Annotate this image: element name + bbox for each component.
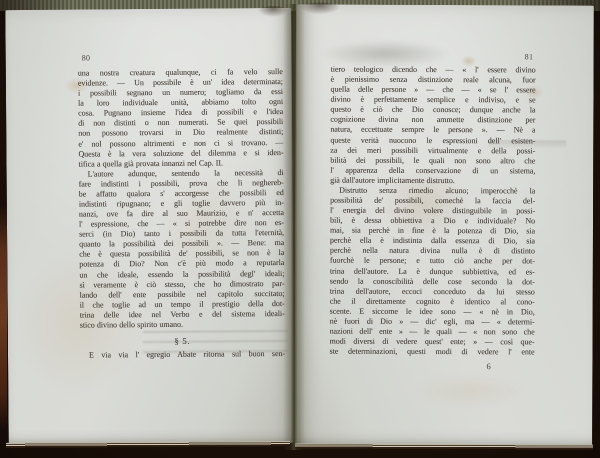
- page-number-right: 81: [525, 52, 534, 61]
- text-line: E via via l' egregio Abate ritorna sul b…: [80, 348, 285, 360]
- text-line: queste verità nuocono le espressioni del…: [330, 135, 535, 146]
- text-line: stico divino dello spirito umano.: [80, 319, 285, 331]
- text-line: l' apparenza della conservazione di un s…: [330, 165, 535, 176]
- text-line: natura, eccettuate sempre le persone ». …: [330, 125, 535, 136]
- text-line: ste determinazioni, questi modi di veder…: [329, 347, 534, 358]
- text-line: che il direttamente cognito è identico a…: [330, 296, 535, 307]
- stacked-page-edges-right: [295, 443, 593, 453]
- left-page-closing: E via via l' egregio Abate ritorna sul b…: [80, 348, 285, 360]
- open-book-photo: 80 una nostra creatura qualunque, ci fa …: [0, 0, 600, 458]
- text-line: trina dell'autore, eccoci conceduto da l…: [330, 286, 535, 297]
- book-cover-edge: [0, 205, 7, 430]
- paper-stain: [257, 6, 289, 17]
- right-page: 81 tiero teologico dicendo che — « l' es…: [294, 4, 594, 446]
- text-line: za dei meri possibili virtualmente e del…: [330, 145, 535, 156]
- section-heading: § 5.: [80, 334, 285, 346]
- right-page-body: tiero teologico dicendo che — « l' esser…: [329, 65, 535, 358]
- paper-smudge: [321, 41, 451, 67]
- page-number-left: 80: [82, 53, 91, 62]
- text-line: Questa è la vera soluzione del dilemma e…: [78, 148, 283, 160]
- left-page: 80 una nostra creatura qualunque, ci fa …: [5, 8, 294, 445]
- left-page-body: una nostra creatura qualunque, ci fa vel…: [78, 67, 285, 331]
- paper-stain: [299, 2, 341, 14]
- signature-mark: 6: [329, 360, 534, 371]
- text-line: già dall'autore implicitamente distrutto…: [330, 175, 535, 186]
- text-line: fuorchè le persone; e tutto ciò anche pe…: [330, 256, 535, 267]
- stacked-page-edges-left: [6, 441, 290, 452]
- right-page-text-block: tiero teologico dicendo che — « l' esser…: [329, 65, 535, 372]
- text-line: trina dell'autore. La è dunque subbietti…: [330, 266, 535, 277]
- text-line: bilità dei possibili, le quali non sono …: [330, 155, 535, 166]
- left-page-text-block: una nostra creatura qualunque, ci fa vel…: [78, 67, 285, 360]
- paper-stain: [414, 373, 524, 409]
- text-line: sendo la conoscibilità delle cose second…: [330, 276, 535, 287]
